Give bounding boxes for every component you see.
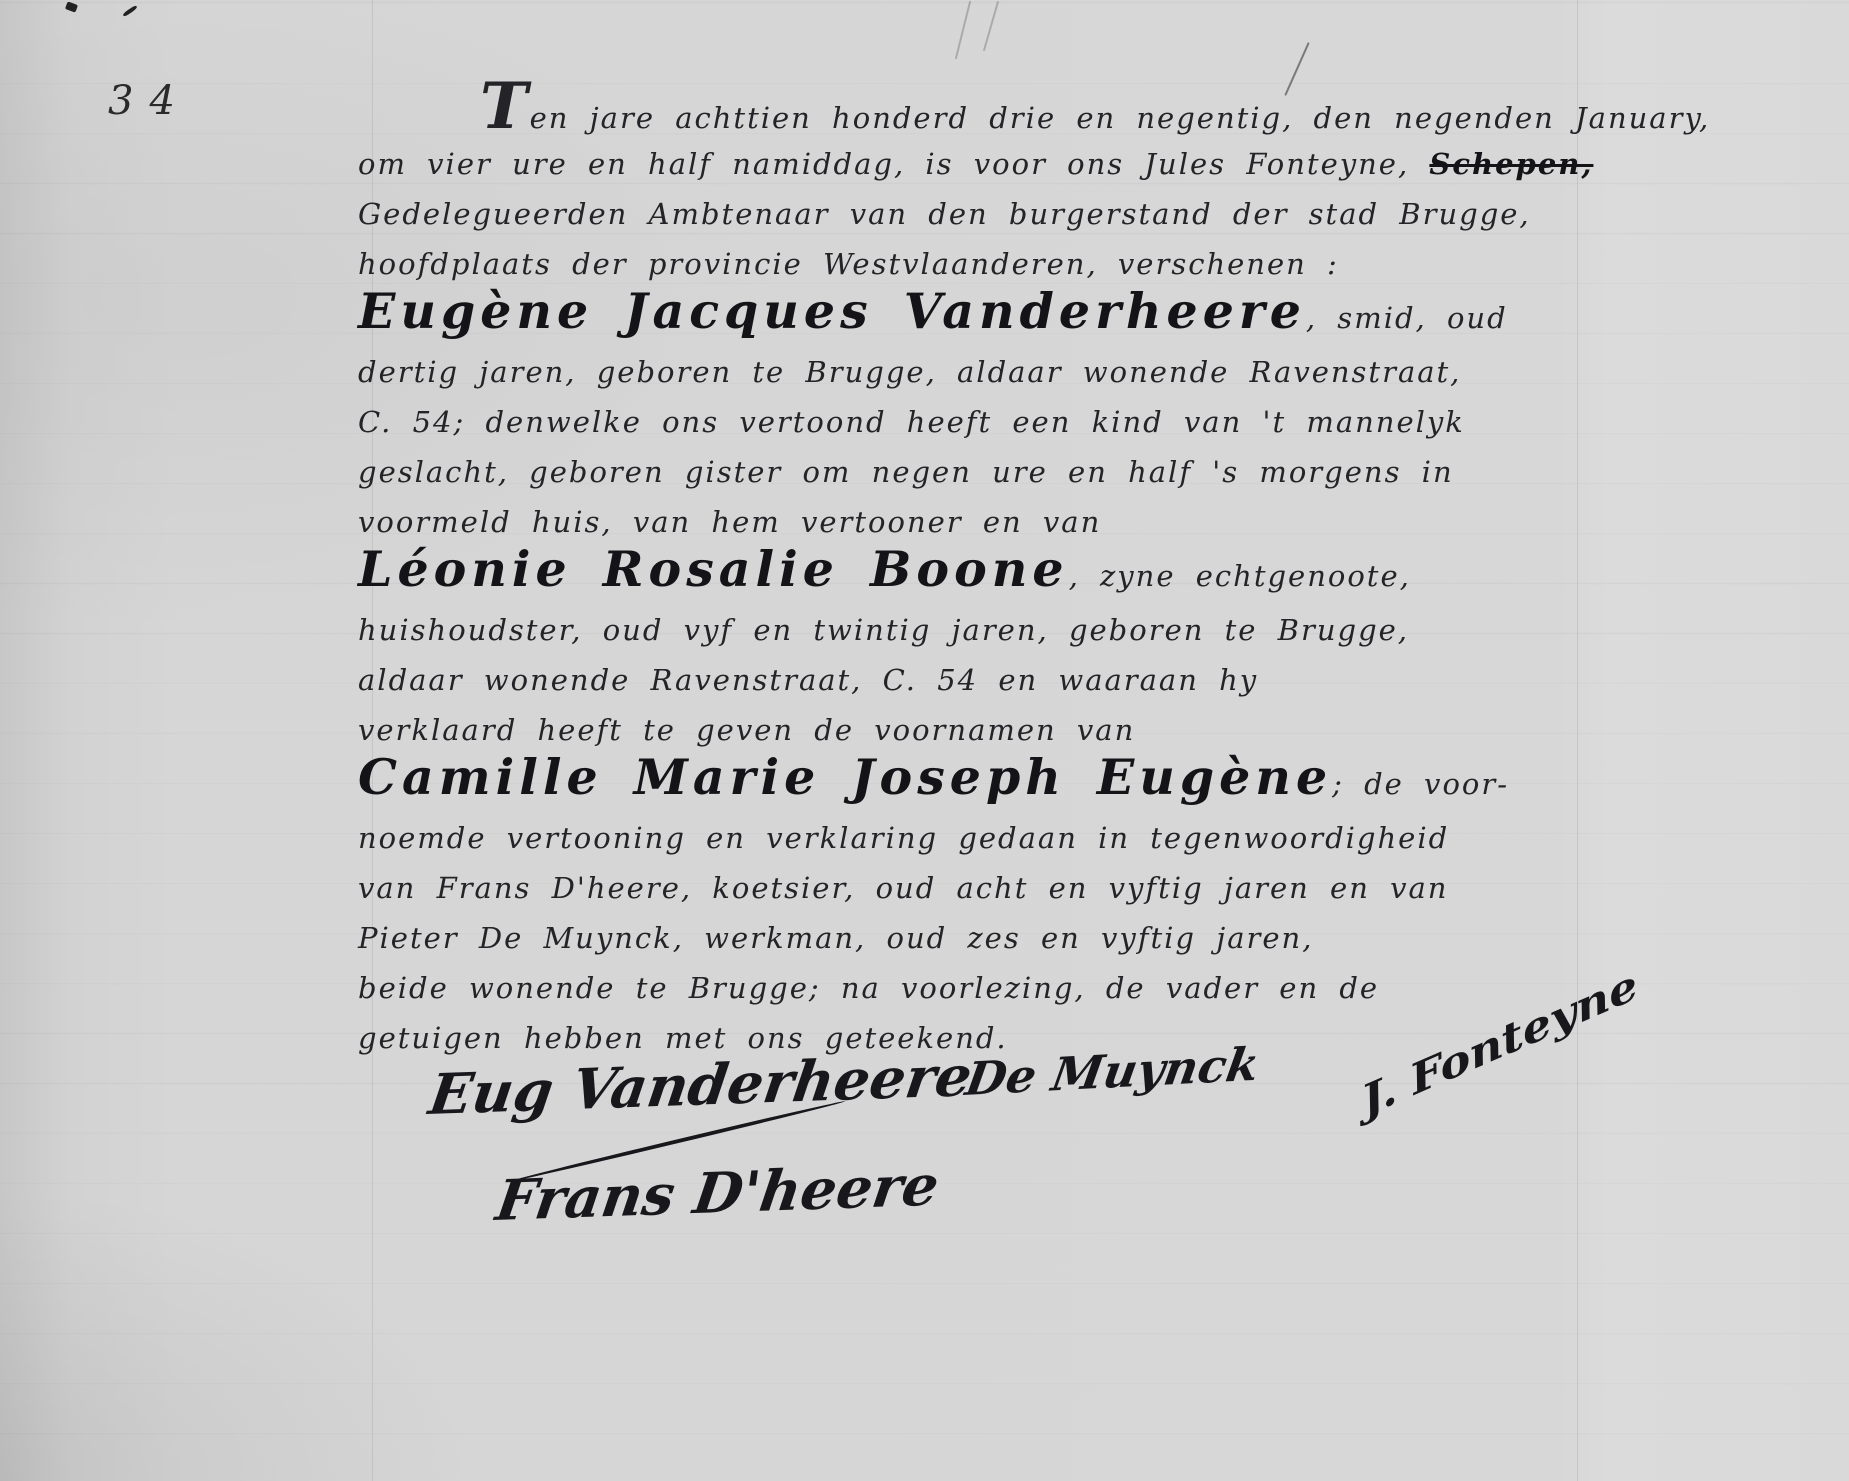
act-line-text: ; de voor-	[1332, 767, 1509, 801]
act-line: geslacht, geboren gister om negen ure en…	[358, 440, 1533, 490]
act-line: dertig jaren, geboren te Brugge, aldaar …	[358, 340, 1533, 390]
act-line-child-name: Camille Marie Joseph Eugène; de voor-	[358, 748, 1533, 806]
act-line-text: Pieter De Muynck, werkman, oud zes en vy…	[358, 921, 1313, 955]
pencil-mark	[983, 1, 999, 52]
act-line: Gedelegueerden Ambtenaar van den burgers…	[358, 182, 1533, 232]
act-line-text: aldaar wonende Ravenstraat, C. 54 en waa…	[358, 663, 1258, 697]
act-line: om vier ure en half namiddag, is voor on…	[358, 132, 1533, 182]
act-line: beide wonende te Brugge; na voorlezing, …	[358, 956, 1533, 1006]
act-line: aldaar wonende Ravenstraat, C. 54 en waa…	[358, 648, 1533, 698]
act-line: huishoudster, oud vyf en twintig jaren, …	[358, 598, 1533, 648]
ink-speck	[122, 5, 137, 17]
ink-speck	[65, 1, 78, 12]
birth-act-scan: 34 Ten jare achttien honderd drie en neg…	[0, 0, 1849, 1481]
act-line-text: C. 54; denwelke ons vertoond heeft een k…	[358, 405, 1465, 439]
pencil-mark	[955, 1, 971, 60]
act-text: Ten jare achttien honderd drie en negent…	[358, 82, 1533, 1056]
act-line-text: voormeld huis, van hem vertooner en van	[358, 505, 1101, 539]
act-line: C. 54; denwelke ons vertoond heeft een k…	[358, 390, 1533, 440]
child-name: Camille Marie Joseph Eugène	[358, 748, 1332, 806]
act-line: van Frans D'heere, koetsier, oud acht en…	[358, 856, 1533, 906]
act-line-text: , smid, oud	[1306, 301, 1508, 335]
act-line-text: Ten jare achttien honderd drie en negent…	[480, 101, 1710, 135]
act-line-mother-name: Léonie Rosalie Boone, zyne echtgenoote,	[358, 540, 1533, 598]
act-line: voormeld huis, van hem vertooner en van	[358, 490, 1533, 540]
act-line-text: geslacht, geboren gister om negen ure en…	[358, 455, 1454, 489]
act-line-father-name: Eugène Jacques Vanderheere, smid, oud	[358, 282, 1533, 340]
act-line-text: beide wonende te Brugge; na voorlezing, …	[358, 971, 1379, 1005]
father-name: Eugène Jacques Vanderheere	[358, 282, 1306, 340]
act-line-text: verklaard heeft te geven de voornamen va…	[358, 713, 1135, 747]
act-line-text: noemde vertooning en verklaring gedaan i…	[358, 821, 1449, 855]
act-line-text: huishoudster, oud vyf en twintig jaren, …	[358, 613, 1409, 647]
act-line: Pieter De Muynck, werkman, oud zes en vy…	[358, 906, 1533, 956]
act-line: verklaard heeft te geven de voornamen va…	[358, 698, 1533, 748]
act-line-text: Gedelegueerden Ambtenaar van den burgers…	[358, 197, 1531, 231]
mother-name: Léonie Rosalie Boone	[358, 540, 1069, 598]
act-line: Ten jare achttien honderd drie en negent…	[358, 82, 1533, 132]
act-line-text: van Frans D'heere, koetsier, oud acht en…	[358, 871, 1448, 905]
right-margin-rule	[1577, 0, 1578, 1481]
act-line: hoofdplaats der provincie Westvlaanderen…	[358, 232, 1533, 282]
signature-witness-frans-dheere: Frans D'heere	[492, 1153, 943, 1234]
act-line-text: om vier ure en half namiddag, is voor on…	[358, 147, 1429, 181]
act-line-text: , zyne echtgenoote,	[1069, 559, 1411, 593]
act-line: noemde vertooning en verklaring gedaan i…	[358, 806, 1533, 856]
act-line-text: dertig jaren, geboren te Brugge, aldaar …	[358, 355, 1461, 389]
act-line-text: hoofdplaats der provincie Westvlaanderen…	[358, 247, 1339, 281]
act-number: 34	[108, 78, 191, 124]
struck-word: Schepen,	[1429, 147, 1593, 181]
